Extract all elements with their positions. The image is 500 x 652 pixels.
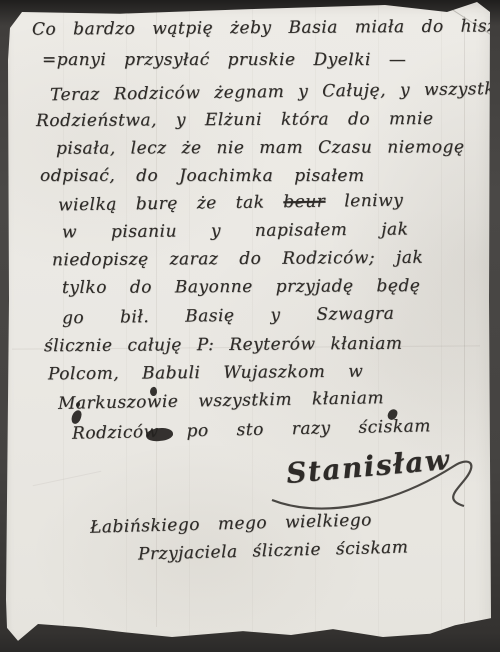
- manuscript-line-text: leniwy: [325, 191, 403, 212]
- struck-word: beur: [283, 192, 325, 213]
- manuscript-line: odpisać, do Joachimka pisałem: [40, 166, 365, 186]
- manuscript-line-text: wielką burę że tak: [58, 192, 284, 215]
- fold-crease-vertical-icon: [464, 16, 465, 622]
- manuscript-line: niedopiszę zaraz do Rodziców; jak: [52, 248, 423, 271]
- postscript-line: Przyjaciela ślicznie ściskam: [138, 537, 409, 564]
- manuscript-line: Rodzieństwa, y Elżuni która do mnie: [36, 109, 434, 131]
- manuscript-line: Rodziców po sto razy ściskam: [72, 416, 431, 444]
- manuscript-line: pisała, lecz że nie mam Czasu niemogę: [56, 137, 465, 158]
- manuscript-line: tylko do Bayonne przyjadę będę: [62, 276, 420, 298]
- manuscript-line: go bił. Basię y Szwagra: [62, 304, 395, 329]
- scratch-mark-icon: [33, 471, 102, 487]
- signature-flourish-icon: [268, 448, 488, 518]
- manuscript-line: ślicznie całuję P: Reyterów kłaniam: [44, 334, 403, 357]
- manuscript-line: Polcom, Babuli Wujaszkom w: [48, 362, 363, 385]
- postscript-line: Łabińskiego mego wielkiego: [90, 510, 372, 537]
- manuscript-line: w pisaniu y napisałem jak: [62, 219, 409, 242]
- manuscript-line: Markuszowie wszystkim kłaniam: [58, 388, 384, 414]
- scan-background: Co bardzo wątpię żeby Basia miała do his…: [0, 0, 500, 652]
- letter-page: Co bardzo wątpię żeby Basia miała do his…: [0, 0, 500, 652]
- manuscript-line: Teraz Rodziców żegnam y Całuję, y wszyst…: [50, 79, 500, 106]
- manuscript-line: =panyi przysyłać pruskie Dyelki —: [42, 50, 406, 70]
- manuscript-line: wielką burę że tak beur leniwy: [58, 191, 404, 216]
- manuscript-line: Co bardzo wątpię żeby Basia miała do his…: [32, 16, 500, 39]
